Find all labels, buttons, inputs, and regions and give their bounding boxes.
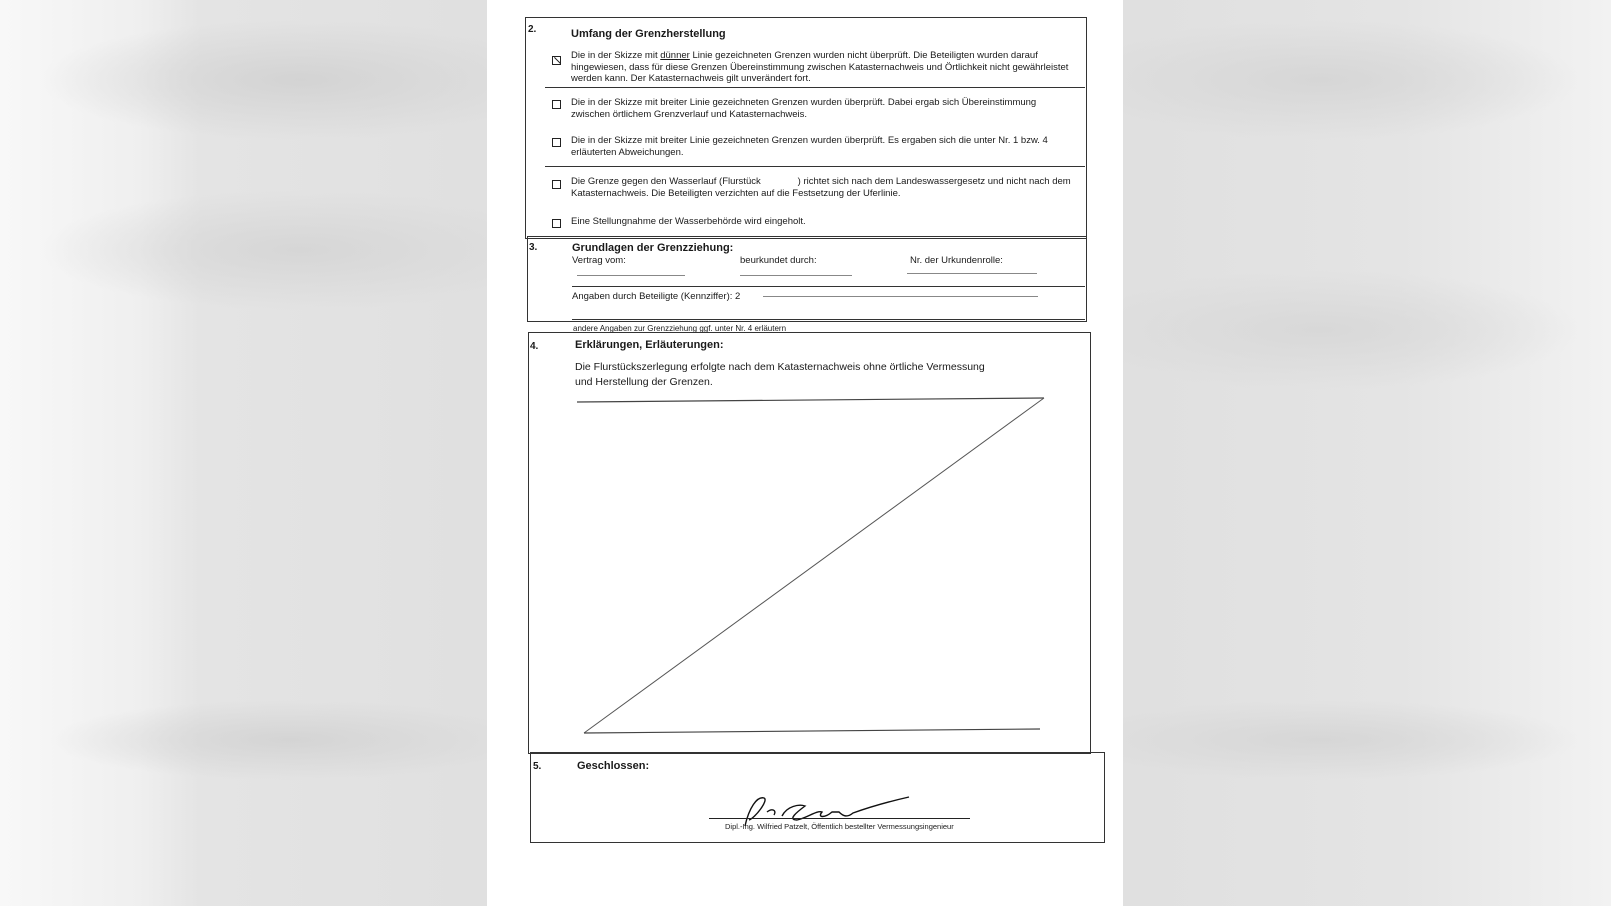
document-page: 2. Umfang der Grenzherstellung Die in de…	[487, 0, 1123, 906]
signatory-name: Dipl.-Ing. Wilfried Patzelt, Öffentlich …	[725, 821, 954, 833]
signature-line	[709, 818, 970, 819]
signature-icon	[487, 0, 1123, 906]
